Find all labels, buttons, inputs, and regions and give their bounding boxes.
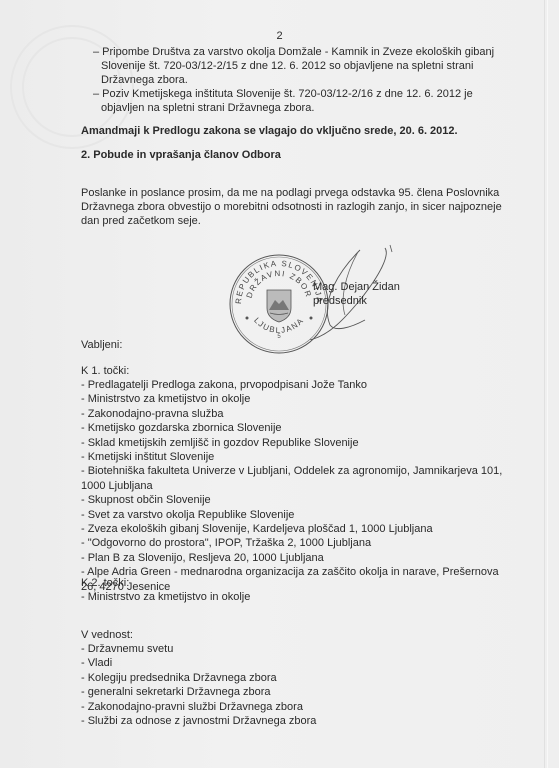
list-item: - generalni sekretarki Državnega zbora <box>81 685 271 699</box>
list-item: - Kolegiju predsednika Državnega zbora <box>81 671 277 685</box>
coat-of-arms-icon <box>267 290 291 322</box>
invited-heading: Vabljeni: <box>81 338 122 352</box>
paragraph-line: Poslanke in poslance prosim, da me na po… <box>81 186 499 200</box>
list-item: - Kmetijski inštitut Slovenije <box>81 450 214 464</box>
point-heading: K 1. točki: <box>81 364 129 378</box>
list-item: - Zakonodajno-pravna služba <box>81 407 223 421</box>
bullet-line: Slovenije št. 720-03/12-2/15 z dne 12. 6… <box>101 59 473 73</box>
signatory-name: Mag. Dejan Židan <box>313 280 400 294</box>
list-item: - Kmetijsko gozdarska zbornica Slovenije <box>81 421 282 435</box>
cc-heading: V vednost: <box>81 628 133 642</box>
list-item: - Ministrstvo za kmetijstvo in okolje <box>81 392 250 406</box>
bullet-line: – Pripombe Društva za varstvo okolja Dom… <box>93 45 494 59</box>
list-item: - Skupnost občin Slovenije <box>81 493 211 507</box>
list-item: - Svet za varstvo okolja Republike Slove… <box>81 508 294 522</box>
list-item: - Sklad kmetijskih zemljišč in gozdov Re… <box>81 436 359 450</box>
list-item: - Biotehniška fakulteta Univerze v Ljubl… <box>81 464 502 478</box>
list-item: - Zakonodajno-pravni službi Državnega zb… <box>81 700 303 714</box>
page-number: 2 <box>0 30 559 42</box>
document-page: 2 – Pripombe Društva za varstvo okolja D… <box>0 0 559 768</box>
list-item: - Alpe Adria Green - mednarodna organiza… <box>81 565 499 579</box>
page-fold <box>544 0 545 768</box>
list-item: - Službi za odnose z javnostmi Državnega… <box>81 714 316 728</box>
list-item: - "Odgovorno do prostora", IPOP, Tržaška… <box>81 536 371 550</box>
paragraph-line: Državnega zbora obvestijo o morebitni od… <box>81 200 502 214</box>
list-item: 1000 Ljubljana <box>81 479 153 493</box>
list-item: - Državnemu svetu <box>81 642 173 656</box>
bullet-line: Državnega zbora. <box>101 73 188 87</box>
list-item: - Plan B za Slovenijo, Resljeva 20, 1000… <box>81 551 324 565</box>
list-item: - Predlagatelji Predloga zakona, prvopod… <box>81 378 367 392</box>
section-heading: 2. Pobude in vprašanja članov Odbora <box>81 148 281 162</box>
bullet-line: – Poziv Kmetijskega inštituta Slovenije … <box>93 87 473 101</box>
list-item: - Vladi <box>81 656 112 670</box>
amendments-notice: Amandmaji k Predlogu zakona se vlagajo d… <box>81 124 458 138</box>
point-heading: K 2. točki: <box>81 576 129 590</box>
svg-text:5: 5 <box>277 334 281 340</box>
paragraph-line: dan pred začetkom seje. <box>81 214 201 228</box>
page-fold-highlight <box>547 0 548 768</box>
list-item: - Ministrstvo za kmetijstvo in okolje <box>81 590 250 604</box>
bullet-line: objavljen na spletni strani Državnega zb… <box>101 101 314 115</box>
signatory-title: predsednik <box>313 294 367 308</box>
list-item: - Zveza ekoloških gibanj Slovenije, Kard… <box>81 522 433 536</box>
